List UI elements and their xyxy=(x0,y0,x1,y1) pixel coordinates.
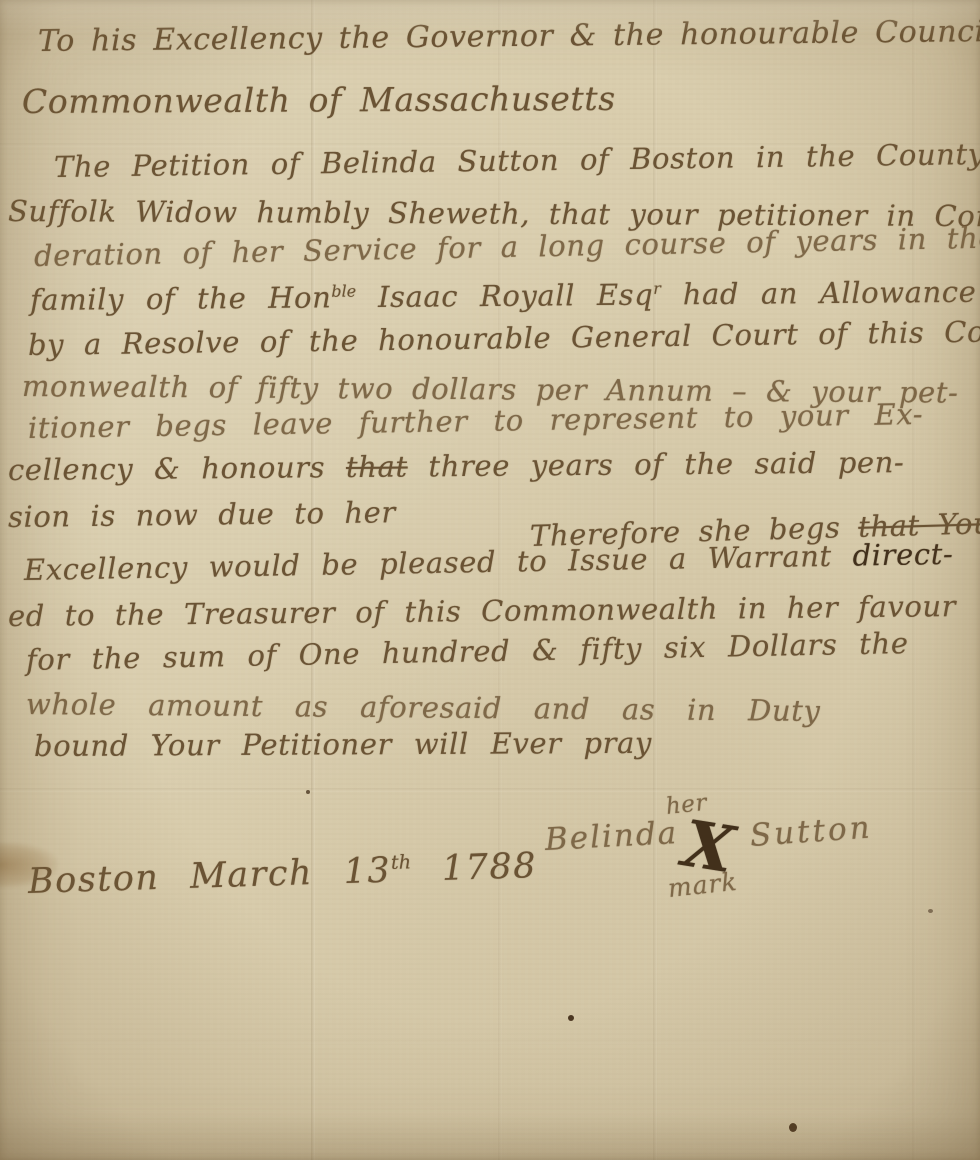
superscript-ordinal: th xyxy=(391,850,412,874)
signature-mark-label: mark xyxy=(666,867,738,903)
heading-line-2: Commonwealth of Massachusetts xyxy=(22,79,616,121)
line-text: had an Allowance xyxy=(661,275,977,312)
petition-line-left-part: sion is now due to her xyxy=(8,495,396,534)
horizontal-fold-crease xyxy=(0,1040,980,1044)
dateline-text: Boston March 13 xyxy=(27,851,391,902)
line-text: three years of the said pen- xyxy=(408,445,905,483)
ink-speck xyxy=(306,790,310,794)
petition-line-with-strikeout: cellency & honours that three years of t… xyxy=(8,445,905,487)
superscript-abbreviation: ble xyxy=(331,281,356,300)
horizontal-fold-crease xyxy=(0,788,980,792)
petition-line-warrant: Excellency would be pleased to Issue a W… xyxy=(24,537,954,587)
dateline-boston-1788: Boston March 13th 1788 xyxy=(27,846,537,902)
vertical-fold-crease xyxy=(912,0,916,1160)
heading-line-1: To his Excellency the Governor & the hon… xyxy=(38,13,980,59)
signature-last-name: Sutton xyxy=(749,809,874,853)
petition-line-treasurer: ed to the Treasurer of this Commonwealth… xyxy=(8,589,957,633)
struck-word: that xyxy=(346,450,408,485)
petition-line: by a Resolve of the honourable General C… xyxy=(28,314,980,362)
line-text: Isaac Royall Esq xyxy=(356,278,653,315)
petition-line-isaac-royall: family of the Honble Isaac Royall Esqr h… xyxy=(30,275,977,317)
petition-document-page: To his Excellency the Governor & the hon… xyxy=(0,0,980,1160)
line-text: cellency & honours xyxy=(8,450,346,487)
petition-line: whole amount as aforesaid and as in Duty xyxy=(26,687,821,728)
superscript-abbreviation: r xyxy=(653,279,661,298)
petition-line-sum: for the sum of One hundred & fifty six D… xyxy=(26,626,909,677)
line-text: family of the Hon xyxy=(30,280,332,317)
signature-first-name: Belinda xyxy=(544,815,679,858)
ink-speck xyxy=(789,1123,797,1132)
dateline-year: 1788 xyxy=(411,846,538,890)
line-text: Excellency would be pleased to Issue a W… xyxy=(24,539,853,587)
petition-line-closing: bound Your Petitioner will Ever pray xyxy=(34,726,652,763)
dark-ink-word: direct- xyxy=(852,537,953,573)
ink-speck xyxy=(928,909,933,913)
ink-speck xyxy=(568,1015,574,1021)
petition-line: itioner begs leave further to represent … xyxy=(28,397,924,445)
